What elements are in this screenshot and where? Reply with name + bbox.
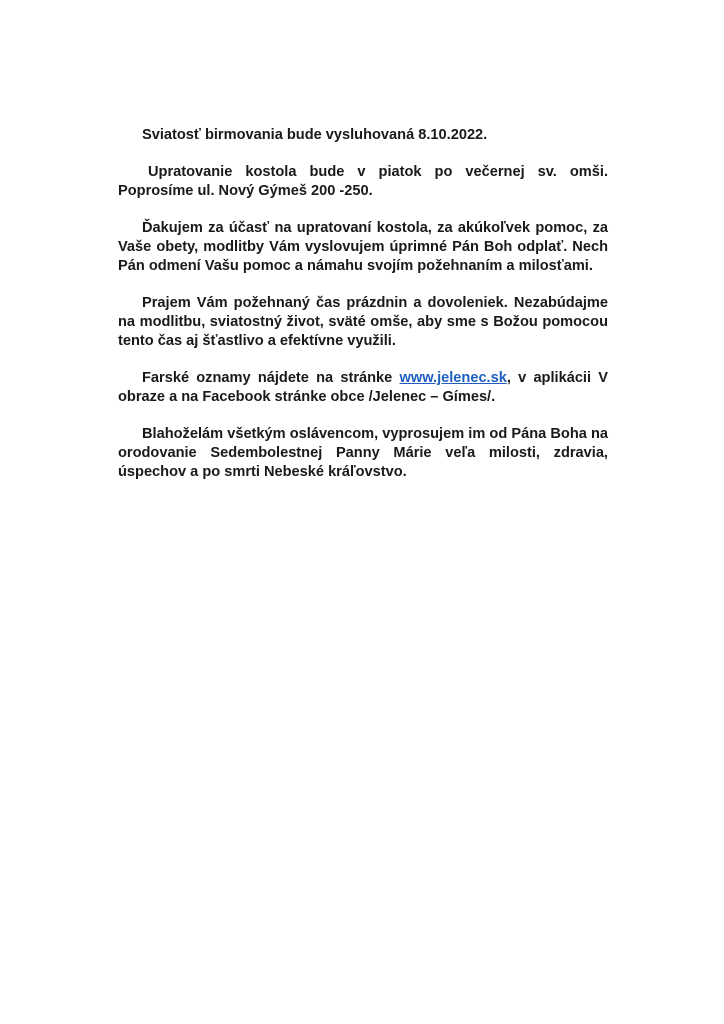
announcements-text-before-link: Farské oznamy nájdete na stránke — [142, 370, 400, 386]
paragraph-parish-announcements: Farské oznamy nájdete na stránke www.jel… — [118, 369, 608, 407]
document-page: Sviatosť birmovania bude vysluhovaná 8.1… — [118, 126, 608, 500]
paragraph-birthday-wishes: Blahoželám všetkým oslávencom, vyprosuje… — [118, 425, 608, 482]
paragraph-holiday-wishes: Prajem Vám požehnaný čas prázdnin a dovo… — [118, 294, 608, 351]
paragraph-thanks: Ďakujem za účasť na upratovaní kostola, … — [118, 219, 608, 276]
website-link[interactable]: www.jelenec.sk — [400, 370, 507, 386]
paragraph-church-cleaning: Upratovanie kostola bude v piatok po več… — [118, 163, 608, 201]
paragraph-confirmation: Sviatosť birmovania bude vysluhovaná 8.1… — [118, 126, 608, 145]
